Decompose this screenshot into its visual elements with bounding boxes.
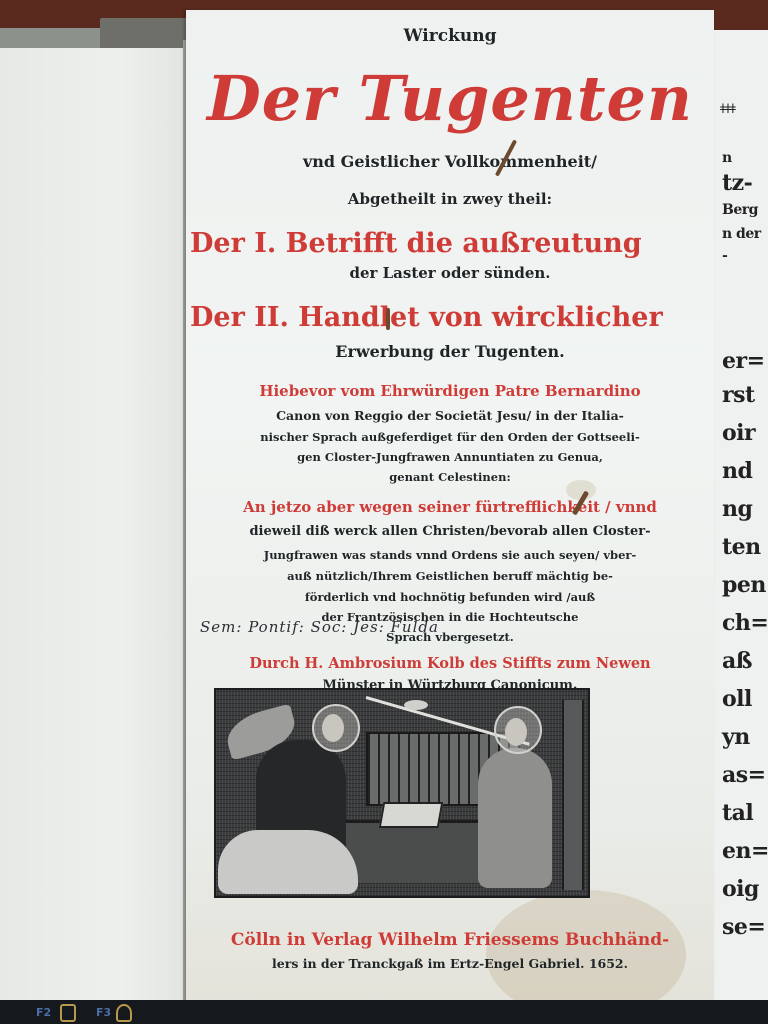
keyboard-key-label: F3: [96, 1006, 111, 1019]
front-endpaper: [0, 48, 200, 1003]
translation-line: förderlich vnd hochnötig befunden wird /…: [186, 590, 714, 604]
text-fragment: as=: [722, 762, 766, 788]
author-line: Canon von Reggio der Societät Jesu/ in d…: [186, 408, 714, 423]
binding-tear: [100, 18, 190, 52]
text-fragment: yn: [722, 724, 750, 750]
translator-line: Durch H. Ambrosium Kolb des Stiffts zum …: [186, 655, 714, 672]
annunciation-engraving: [214, 688, 590, 898]
main-title: Der Tugenten: [186, 62, 714, 135]
text-fragment: oll: [722, 686, 752, 712]
translation-line: Jungfrawen was stands vnnd Ordens sie au…: [186, 548, 714, 562]
handwritten-provenance-note: Sem: Pontif: Soc: Jes: Fulda: [200, 618, 439, 636]
chair-post: [562, 700, 584, 890]
part2-heading: Der II. Handlet von wircklicher: [190, 302, 718, 333]
angel-face: [322, 714, 344, 742]
mail-icon: [60, 1004, 76, 1022]
cloud: [218, 830, 358, 894]
title-page: Wirckung Der Tugenten vnd Geistlicher Vo…: [186, 10, 714, 1020]
text-fragment: tal: [722, 800, 753, 826]
ornament-fragment: ǂǂǂ: [720, 102, 735, 117]
part1-subheading: der Laster oder sünden.: [186, 264, 714, 282]
text-fragment: oir: [722, 420, 755, 446]
adjacent-page: ǂǂǂ n tz- Berg n der - er= rst oir nd ng…: [712, 30, 768, 1005]
translation-line: auß nützlich/Ihrem Geistlichen beruff mä…: [186, 569, 714, 583]
text-fragment: ten: [722, 534, 761, 560]
text-fragment: er=: [722, 348, 765, 374]
translation-line: dieweil diß werck allen Christen/bevorab…: [186, 524, 714, 539]
title-prefix: Wirckung: [186, 26, 714, 46]
keyboard-key-label: F2: [36, 1006, 51, 1019]
author-line: genant Celestinen:: [186, 470, 714, 484]
author-line: gen Closter-Jungfrawen Annuntiaten zu Ge…: [186, 450, 714, 464]
text-fragment: -: [722, 248, 727, 264]
text-fragment: en=: [722, 838, 768, 864]
text-fragment: ng: [722, 496, 752, 522]
author-line: nischer Sprach außgeferdiget für den Ord…: [186, 430, 714, 444]
text-fragment: ch=: [722, 610, 768, 636]
imprint-line-2: lers in der Tranckgaß im Ertz-Engel Gabr…: [186, 956, 714, 971]
author-intro: Hiebevor vom Ehrwürdigen Patre Bernardin…: [186, 382, 714, 400]
open-book-icon: [379, 802, 444, 828]
text-fragment: Berg: [722, 202, 758, 218]
part2-subheading: Erwerbung der Tugenten.: [186, 342, 714, 361]
mary-face: [505, 718, 527, 746]
imprint-line-1: Cölln in Verlag Wilhelm Friessems Buchhä…: [186, 930, 714, 950]
subtitle: vnd Geistlicher Vollkommenheit/: [186, 152, 714, 171]
text-fragment: n: [722, 150, 732, 166]
text-fragment: pen: [722, 572, 766, 598]
text-fragment: n der: [722, 226, 761, 242]
division-line: Abgetheilt in zwey theil:: [186, 190, 714, 208]
virgin-mary-figure: [478, 748, 552, 888]
part1-heading: Der I. Betrifft die außreutung: [190, 228, 718, 259]
text-fragment: se=: [722, 914, 765, 940]
dove-icon: [404, 700, 428, 710]
text-fragment: oig: [722, 876, 759, 902]
ink-mark: [386, 308, 390, 330]
text-fragment: tz-: [722, 170, 752, 196]
bell-icon: [116, 1004, 132, 1022]
translation-intro: An jetzo aber wegen seiner fürtrefflichk…: [186, 498, 714, 516]
text-fragment: rst: [722, 382, 755, 408]
text-fragment: aß: [722, 648, 752, 674]
text-fragment: nd: [722, 458, 752, 484]
